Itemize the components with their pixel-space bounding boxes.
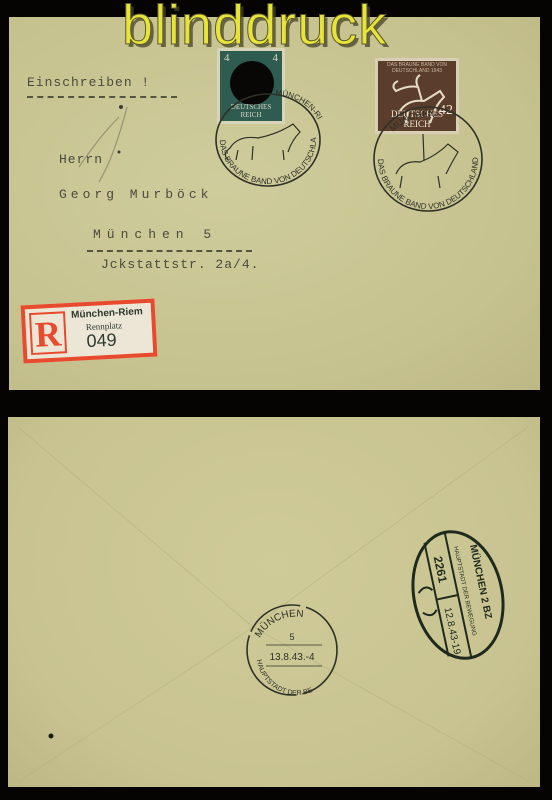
postmark-muenchen: DAS BRAUNE BAND VON DEUTSCHLAND 1943 MÜN… bbox=[368, 104, 488, 214]
svg-text:MÜNCHEN: MÜNCHEN bbox=[253, 608, 304, 639]
svg-text:MÜNCHEN: MÜNCHEN bbox=[388, 109, 436, 134]
svg-text:12.8.43-19: 12.8.43-19 bbox=[441, 606, 462, 655]
envelope-back: MÜNCHEN 5 13.8.43.-4 HAUPTSTADT DER BEWE… bbox=[8, 417, 540, 787]
watermark-text: blinddruck bbox=[122, 0, 387, 57]
postmark-riem: DAS BRAUNE BAND VON DEUTSCHLAND 1943 MÜN… bbox=[208, 90, 328, 190]
registration-label: R München-Riem Rennplatz 049 bbox=[21, 299, 158, 364]
svg-text:5: 5 bbox=[289, 632, 294, 642]
svg-text:2261: 2261 bbox=[431, 555, 450, 584]
postmark-back-oval: 2261 12.8.43-19 HAUPTSTADT DER BEWEGUNG … bbox=[408, 525, 508, 665]
registration-letter: R bbox=[29, 311, 67, 355]
registration-number: 049 bbox=[86, 330, 117, 353]
postmark-back-round: MÜNCHEN 5 13.8.43.-4 HAUPTSTADT DER BEWE… bbox=[242, 600, 342, 700]
svg-text:13.8.43.-4: 13.8.43.-4 bbox=[269, 652, 314, 663]
registration-office: München-Riem bbox=[71, 306, 143, 321]
